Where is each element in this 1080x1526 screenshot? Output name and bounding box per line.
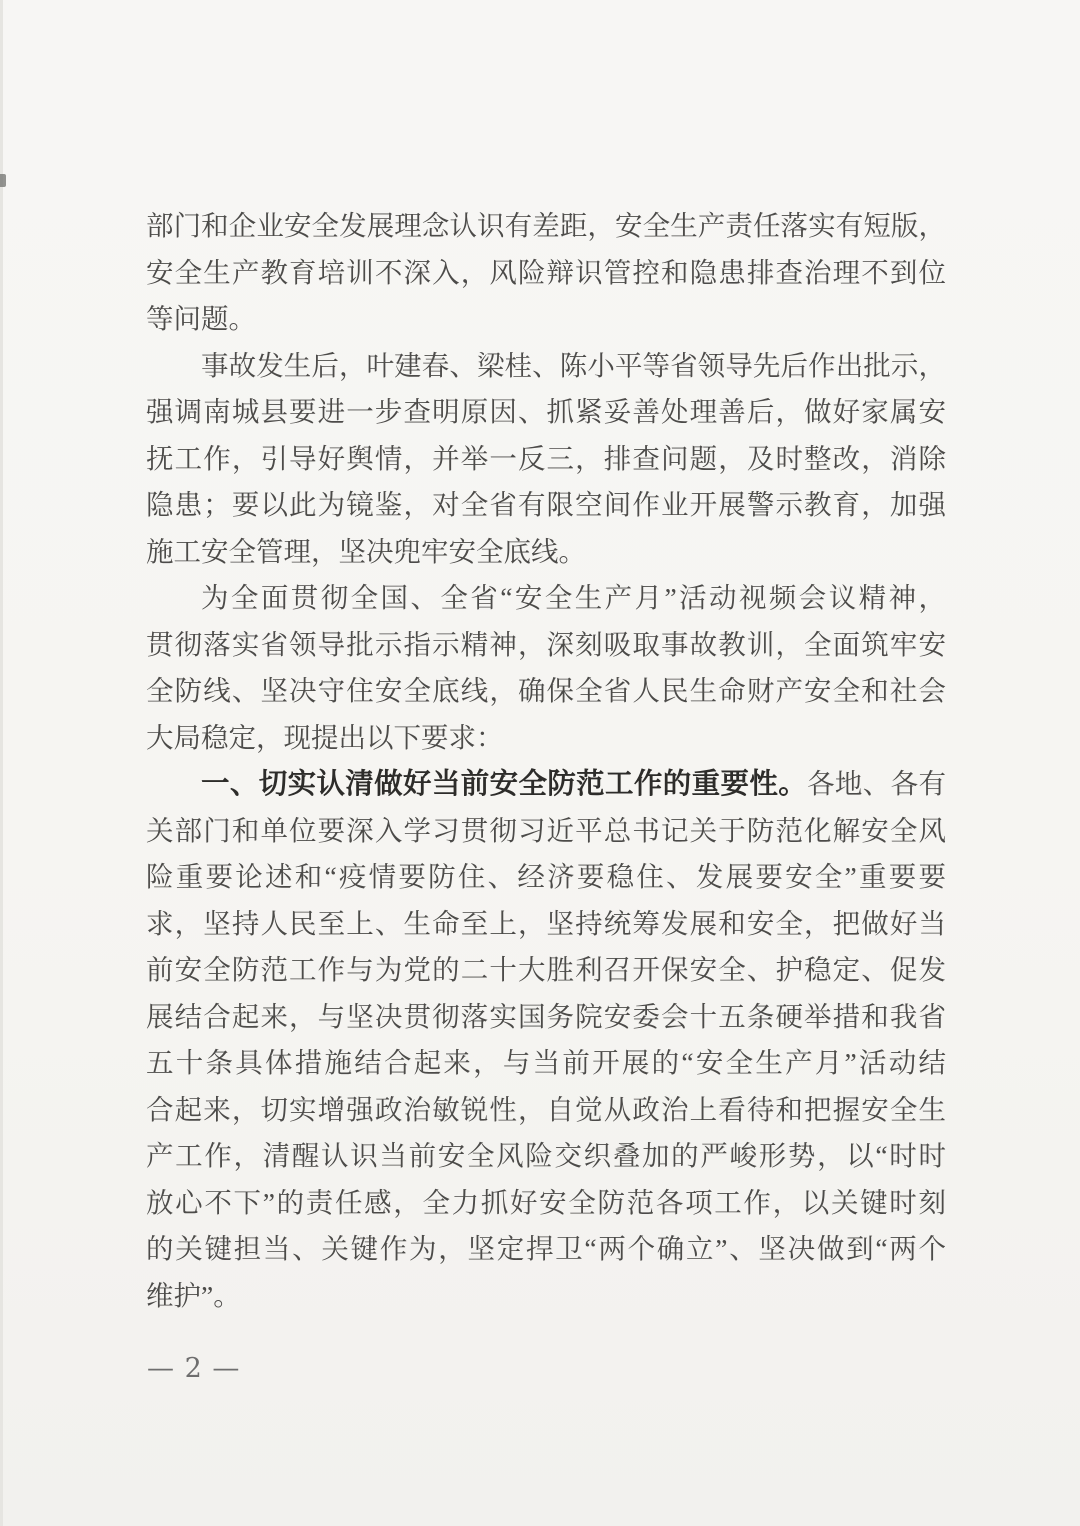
footer-page-number: — 2 — xyxy=(147,1352,240,1386)
text-line: 安全生产教育培训不深入，风险辩识管控和隐患排查治理不到位 xyxy=(146,250,946,297)
scan-left-edge xyxy=(0,0,3,1526)
text-line: 求，坚持人民至上、生命至上，坚持统筹发展和安全，把做好当 xyxy=(146,901,946,948)
text-line: 放心不下”的责任感，全力抓好安全防范各项工作，以关键时刻 xyxy=(146,1180,946,1227)
text-line: 全防线、坚决守住安全底线，确保全省人民生命财产安全和社会 xyxy=(146,668,946,715)
text-line: 抚工作，引导好舆情，并举一反三，排查问题，及时整改，消除 xyxy=(146,436,946,483)
text-line: 险重要论述和“疫情要防住、经济要稳住、发展要安全”重要要 xyxy=(146,854,946,901)
text-line: 为全面贯彻全国、全省“安全生产月”活动视频会议精神， xyxy=(146,575,946,622)
text-line: 大局稳定，现提出以下要求： xyxy=(146,715,946,762)
text-line: 等问题。 xyxy=(146,296,946,343)
section-1: 一、切实认清做好当前安全防范工作的重要性。各地、各有 关部门和单位要深入学习贯彻… xyxy=(146,761,946,1319)
paragraph-continuation: 部门和企业安全发展理念认识有差距，安全生产责任落实有短版， 安全生产教育培训不深… xyxy=(146,203,946,343)
text-line: 五十条具体措施结合起来，与当前开展的“安全生产月”活动结 xyxy=(146,1040,946,1087)
text-line: 前安全防范工作与为党的二十大胜利召开保安全、护稳定、促发 xyxy=(146,947,946,994)
text-block: 部门和企业安全发展理念认识有差距，安全生产责任落实有短版， 安全生产教育培训不深… xyxy=(146,203,946,1319)
paragraph-requirements-intro: 为全面贯彻全国、全省“安全生产月”活动视频会议精神， 贯彻落实省领导批示指示精神… xyxy=(146,575,946,761)
text-line: 部门和企业安全发展理念认识有差距，安全生产责任落实有短版， xyxy=(146,203,946,250)
paragraph-leader-instructions: 事故发生后，叶建春、梁桂、陈小平等省领导先后作出批示， 强调南城县要进一步查明原… xyxy=(146,343,946,576)
text-line: 施工安全管理，坚决兜牢安全底线。 xyxy=(146,529,946,576)
text-line: 事故发生后，叶建春、梁桂、陈小平等省领导先后作出批示， xyxy=(146,343,946,390)
scan-artifact xyxy=(0,174,6,187)
document-page: 部门和企业安全发展理念认识有差距，安全生产责任落实有短版， 安全生产教育培训不深… xyxy=(0,0,1080,1526)
text-line: 维护”。 xyxy=(146,1273,946,1320)
text-line: 强调南城县要进一步查明原因、抓紧妥善处理善后，做好家属安 xyxy=(146,389,946,436)
text-line: 贯彻落实省领导批示指示精神，深刻吸取事故教训，全面筑牢安 xyxy=(146,622,946,669)
text-line: 隐患；要以此为镜鉴，对全省有限空间作业开展警示教育，加强 xyxy=(146,482,946,529)
section-1-heading: 一、切实认清做好当前安全防范工作的重要性。 xyxy=(201,768,807,800)
section-1-heading-tail: 各地、各有 xyxy=(807,768,946,799)
text-line: 关部门和单位要深入学习贯彻习近平总书记关于防范化解安全风 xyxy=(146,808,946,855)
section-1-first-line: 一、切实认清做好当前安全防范工作的重要性。各地、各有 xyxy=(146,761,946,808)
text-line: 展结合起来，与坚决贯彻落实国务院安委会十五条硬举措和我省 xyxy=(146,994,946,1041)
text-line: 合起来，切实增强政治敏锐性，自觉从政治上看待和把握安全生 xyxy=(146,1087,946,1134)
text-line: 产工作，清醒认识当前安全风险交织叠加的严峻形势，以“时时 xyxy=(146,1133,946,1180)
text-line: 的关键担当、关键作为，坚定捍卫“两个确立”、坚决做到“两个 xyxy=(146,1226,946,1273)
